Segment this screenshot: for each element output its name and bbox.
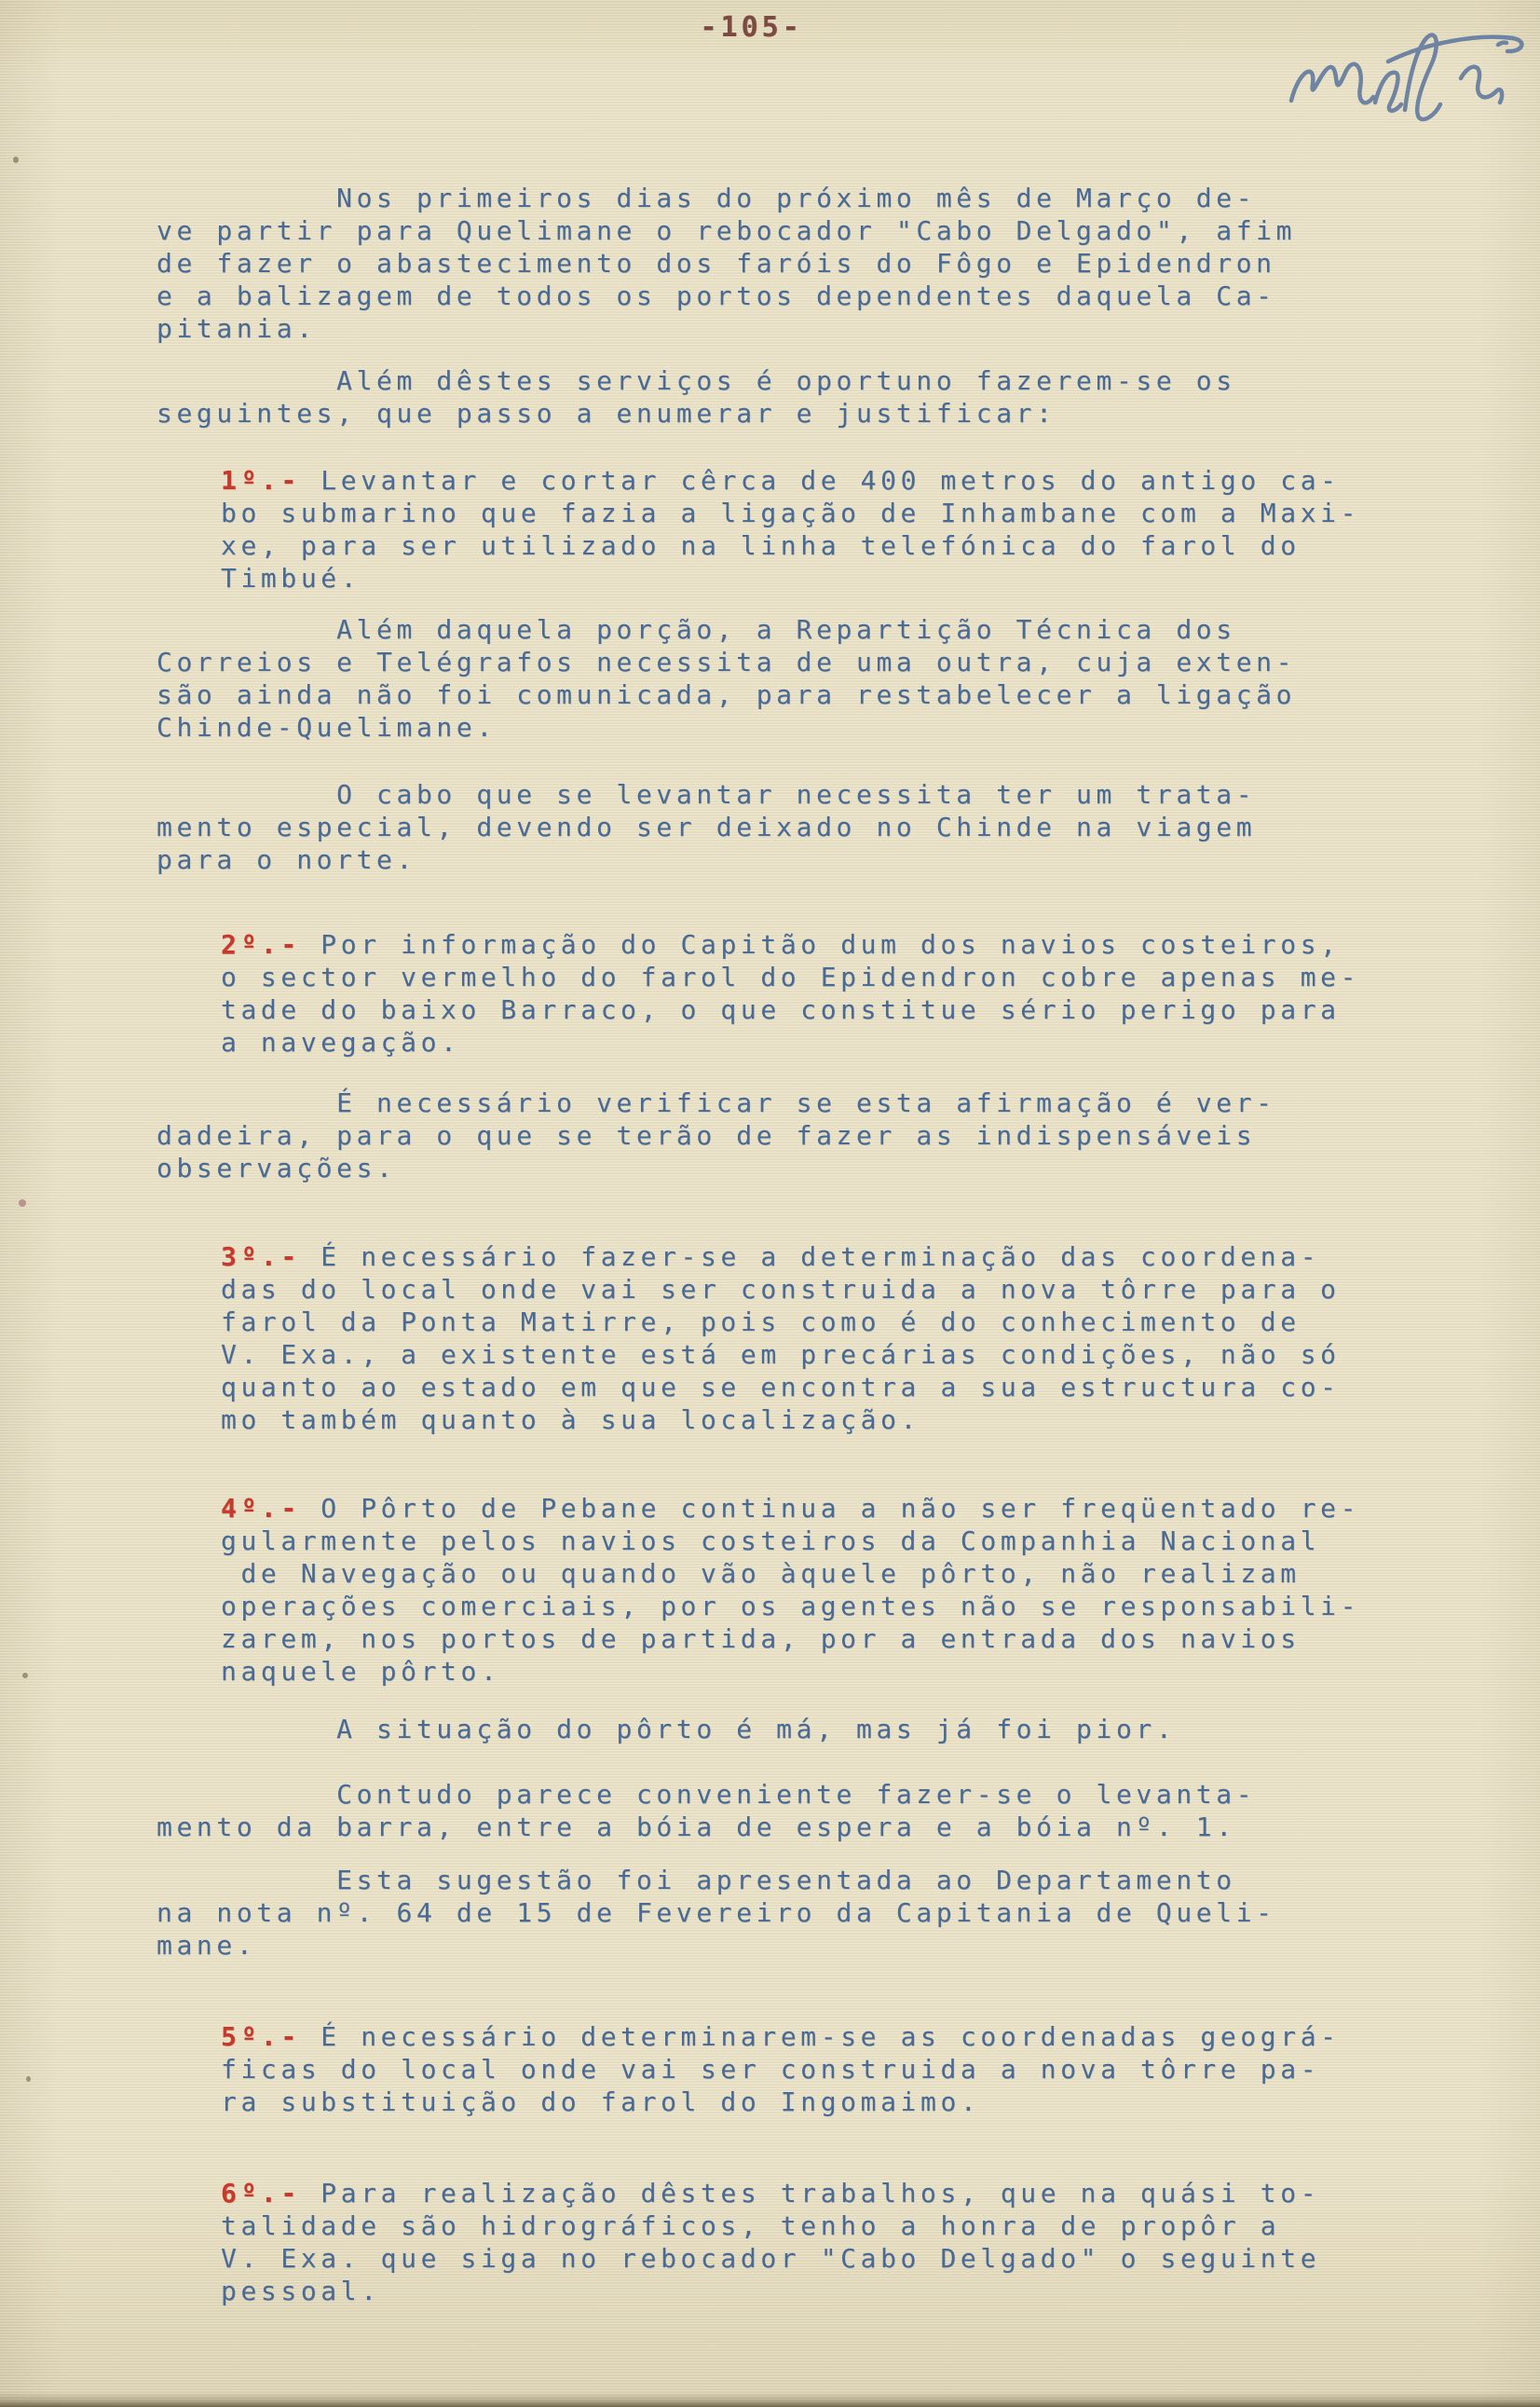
paragraph: Além daquela porção, a Repartição Técnic… (157, 613, 1456, 744)
handwritten-signature-icon (1278, 24, 1539, 136)
paper-speck (13, 157, 19, 163)
item-marker: 5º.- (221, 2021, 301, 2052)
item-marker: 4º.- (221, 1493, 301, 1524)
paragraph: É necessário verificar se esta afirmação… (157, 1087, 1456, 1184)
page-bottom-edge-shadow (0, 2392, 1540, 2407)
numbered-item-3: 3º.- É necessário fazer-se a determinaçã… (157, 1240, 1456, 1436)
item-text: Por informação do Capitão dum dos navios… (221, 929, 1360, 1058)
numbered-item-2: 2º.- Por informação do Capitão dum dos n… (157, 928, 1456, 1059)
document-body: Nos primeiros dias do próximo mês de Mar… (157, 182, 1456, 2307)
paper-speck (26, 2076, 31, 2082)
numbered-item-1: 1º.- Levantar e cortar cêrca de 400 metr… (157, 464, 1456, 595)
paper-speck (22, 1673, 28, 1678)
item-marker: 1º.- (221, 465, 301, 496)
paragraph: Contudo parece conveniente fazer-se o le… (157, 1778, 1456, 1843)
scanned-document-page: -105- Nos primeiros dias do próximo mês … (0, 0, 1540, 2407)
item-text: O Pôrto de Pebane continua a não ser fre… (221, 1493, 1360, 1687)
item-marker: 2º.- (221, 929, 301, 960)
item-text: Levantar e cortar cêrca de 400 metros do… (221, 465, 1360, 594)
numbered-item-6: 6º.- Para realização dêstes trabalhos, q… (157, 2177, 1456, 2307)
item-text: É necessário determinarem-se as coordena… (221, 2021, 1341, 2117)
item-marker: 3º.- (221, 1241, 301, 1272)
paragraph: Nos primeiros dias do próximo mês de Mar… (157, 182, 1456, 345)
numbered-item-4: 4º.- O Pôrto de Pebane continua a não se… (157, 1492, 1456, 1688)
item-text: É necessário fazer-se a determinação das… (221, 1241, 1341, 1435)
paragraph: O cabo que se levantar necessita ter um … (157, 778, 1456, 876)
item-marker: 6º.- (221, 2178, 301, 2209)
item-text: Para realização dêstes trabalhos, que na… (221, 2178, 1320, 2306)
paper-speck (19, 1199, 26, 1207)
paragraph: Além dêstes serviços é oportuno fazerem-… (157, 364, 1456, 430)
paragraph: Esta sugestão foi apresentada ao Departa… (157, 1864, 1456, 1962)
numbered-item-5: 5º.- É necessário determinarem-se as coo… (157, 2020, 1456, 2118)
paragraph: A situação do pôrto é má, mas já foi pio… (157, 1713, 1456, 1745)
